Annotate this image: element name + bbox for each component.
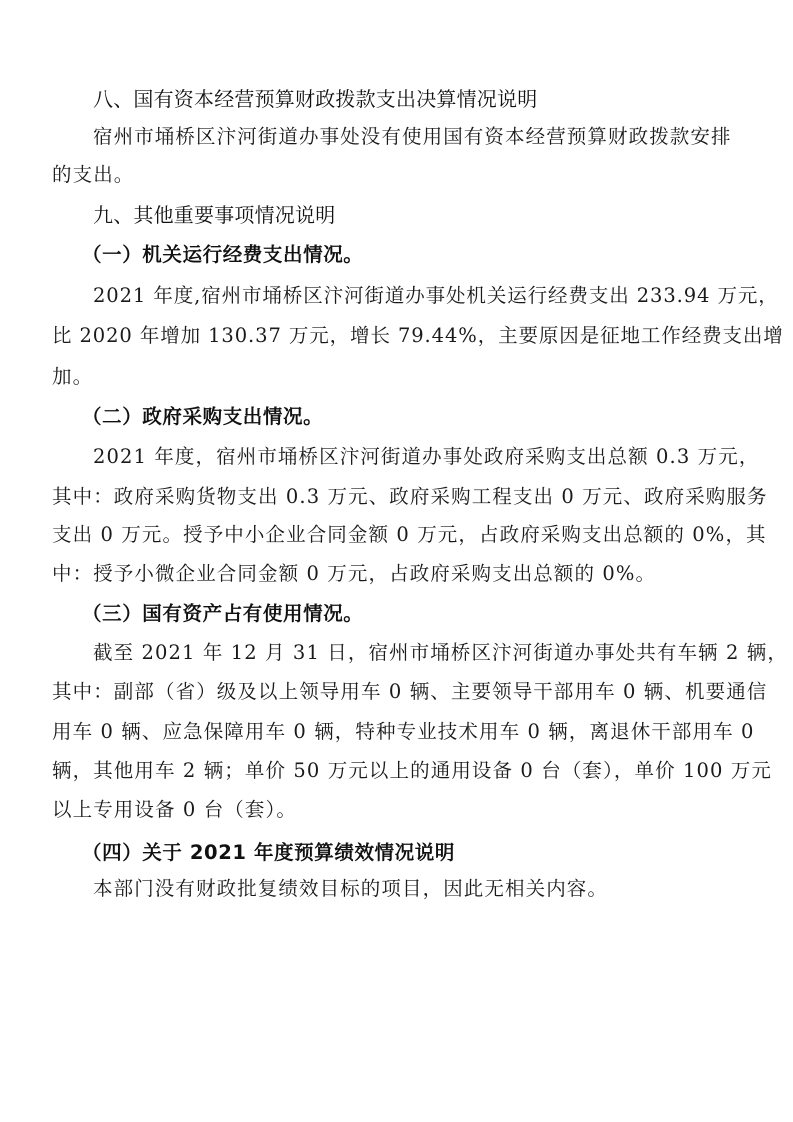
paragraph-line: 用车 0 辆、应急保障用车 0 辆，特种专业技术用车 0 辆，离退休干部用车 0 (52, 719, 752, 745)
paragraph-line: 2021 年度，宿州市埇桥区汴河街道办事处政府采购支出总额 0.3 万元， (52, 444, 793, 470)
document-page: 八、国有资本经营预算财政拨款支出决算情况说明 宿州市埇桥区汴河街道办事处没有使用… (0, 0, 793, 1122)
subsection-heading-2: （二）政府采购支出情况。 (52, 404, 782, 430)
subsection-heading-3: （三）国有资产占有使用情况。 (52, 601, 782, 627)
paragraph-line: 本部门没有财政批复绩效目标的项目，因此无相关内容。 (52, 876, 793, 902)
section-heading-8: 八、国有资本经营预算财政拨款支出决算情况说明 (52, 86, 793, 112)
paragraph-line: 的支出。 (52, 162, 752, 188)
paragraph-line: 比 2020 年增加 130.37 万元，增长 79.44%，主要原因是征地工作… (52, 323, 752, 349)
paragraph-line: 以上专用设备 0 台（套）。 (52, 797, 752, 823)
paragraph-line: 其中：政府采购货物支出 0.3 万元、政府采购工程支出 0 万元、政府采购服务 (52, 484, 752, 510)
section-heading-9: 九、其他重要事项情况说明 (52, 202, 793, 228)
paragraph-line: 其中：副部（省）级及以上领导用车 0 辆、主要领导干部用车 0 辆、机要通信 (52, 679, 752, 705)
paragraph-line: 辆，其他用车 2 辆；单价 50 万元以上的通用设备 0 台（套），单价 100… (52, 758, 752, 784)
paragraph-line: 加。 (52, 364, 752, 390)
paragraph-line: 中：授予小微企业合同金额 0 万元，占政府采购支出总额的 0%。 (52, 561, 752, 587)
paragraph-line: 支出 0 万元。授予中小企业合同金额 0 万元，占政府采购支出总额的 0%，其 (52, 522, 752, 548)
subsection-heading-4: （四）关于 2021 年度预算绩效情况说明 (52, 840, 782, 866)
subsection-heading-1: （一）机关运行经费支出情况。 (52, 242, 782, 268)
paragraph-line: 宿州市埇桥区汴河街道办事处没有使用国有资本经营预算财政拨款安排 (52, 124, 793, 150)
paragraph-line: 2021 年度,宿州市埇桥区汴河街道办事处机关运行经费支出 233.94 万元， (52, 283, 793, 309)
paragraph-line: 截至 2021 年 12 月 31 日，宿州市埇桥区汴河街道办事处共有车辆 2 … (52, 640, 793, 666)
